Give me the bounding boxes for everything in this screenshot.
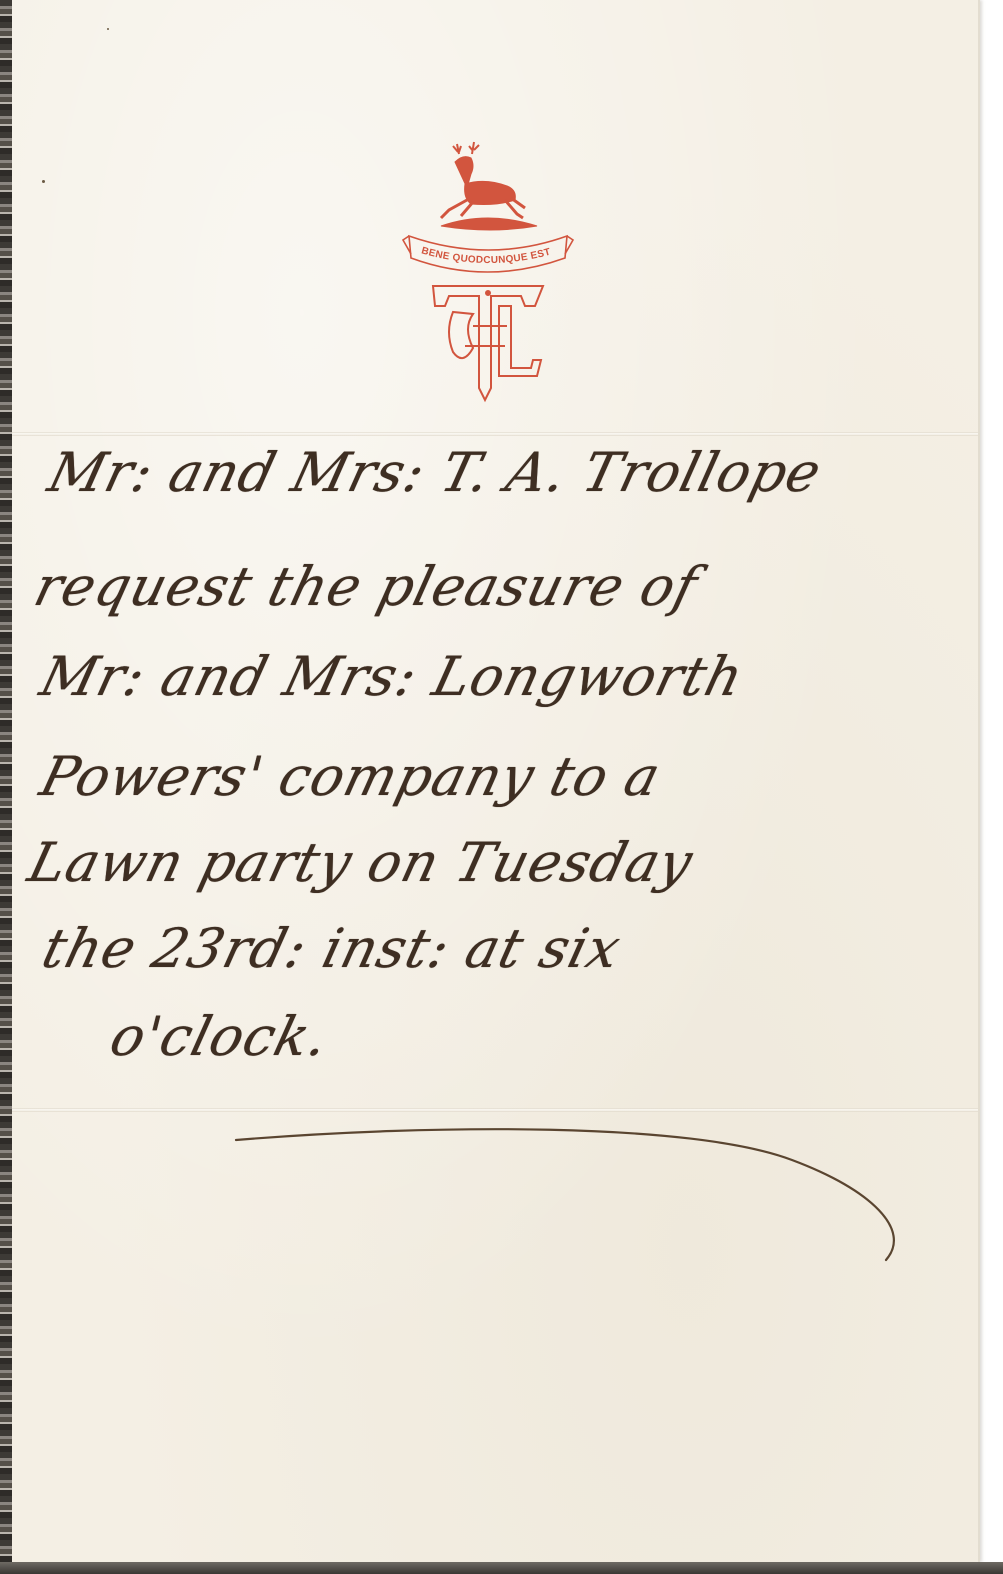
scan-edge-bottom (0, 1562, 1003, 1574)
handwriting-line-1: Mr: and Mrs: T. A. Trollope (43, 446, 826, 500)
ink-speck (42, 180, 45, 183)
letterhead-crest: BENE QUODCUNQUE EST (395, 136, 580, 406)
fold-line-lower (12, 1108, 978, 1112)
pen-flourish (232, 1120, 932, 1270)
handwriting-line-7: o'clock. (105, 1010, 334, 1064)
handwriting-line-3: Mr: and Mrs: Longworth (35, 650, 749, 704)
fold-line-upper (12, 432, 978, 436)
handwriting-line-6: the 23rd: inst: at six (37, 922, 626, 976)
invitation-paper: BENE QUODCUNQUE EST Mr: and Mrs: T. A. T… (12, 0, 978, 1562)
motto-text: BENE QUODCUNQUE EST (420, 245, 552, 266)
ink-speck (107, 28, 109, 30)
scan-edge-left (0, 0, 12, 1574)
stag-crest-icon: BENE QUODCUNQUE EST (395, 136, 580, 406)
handwriting-line-2: request the pleasure of (29, 560, 703, 614)
handwriting-line-5: Lawn party on Tuesday (23, 836, 698, 890)
handwriting-line-4: Powers' company to a (35, 750, 666, 804)
